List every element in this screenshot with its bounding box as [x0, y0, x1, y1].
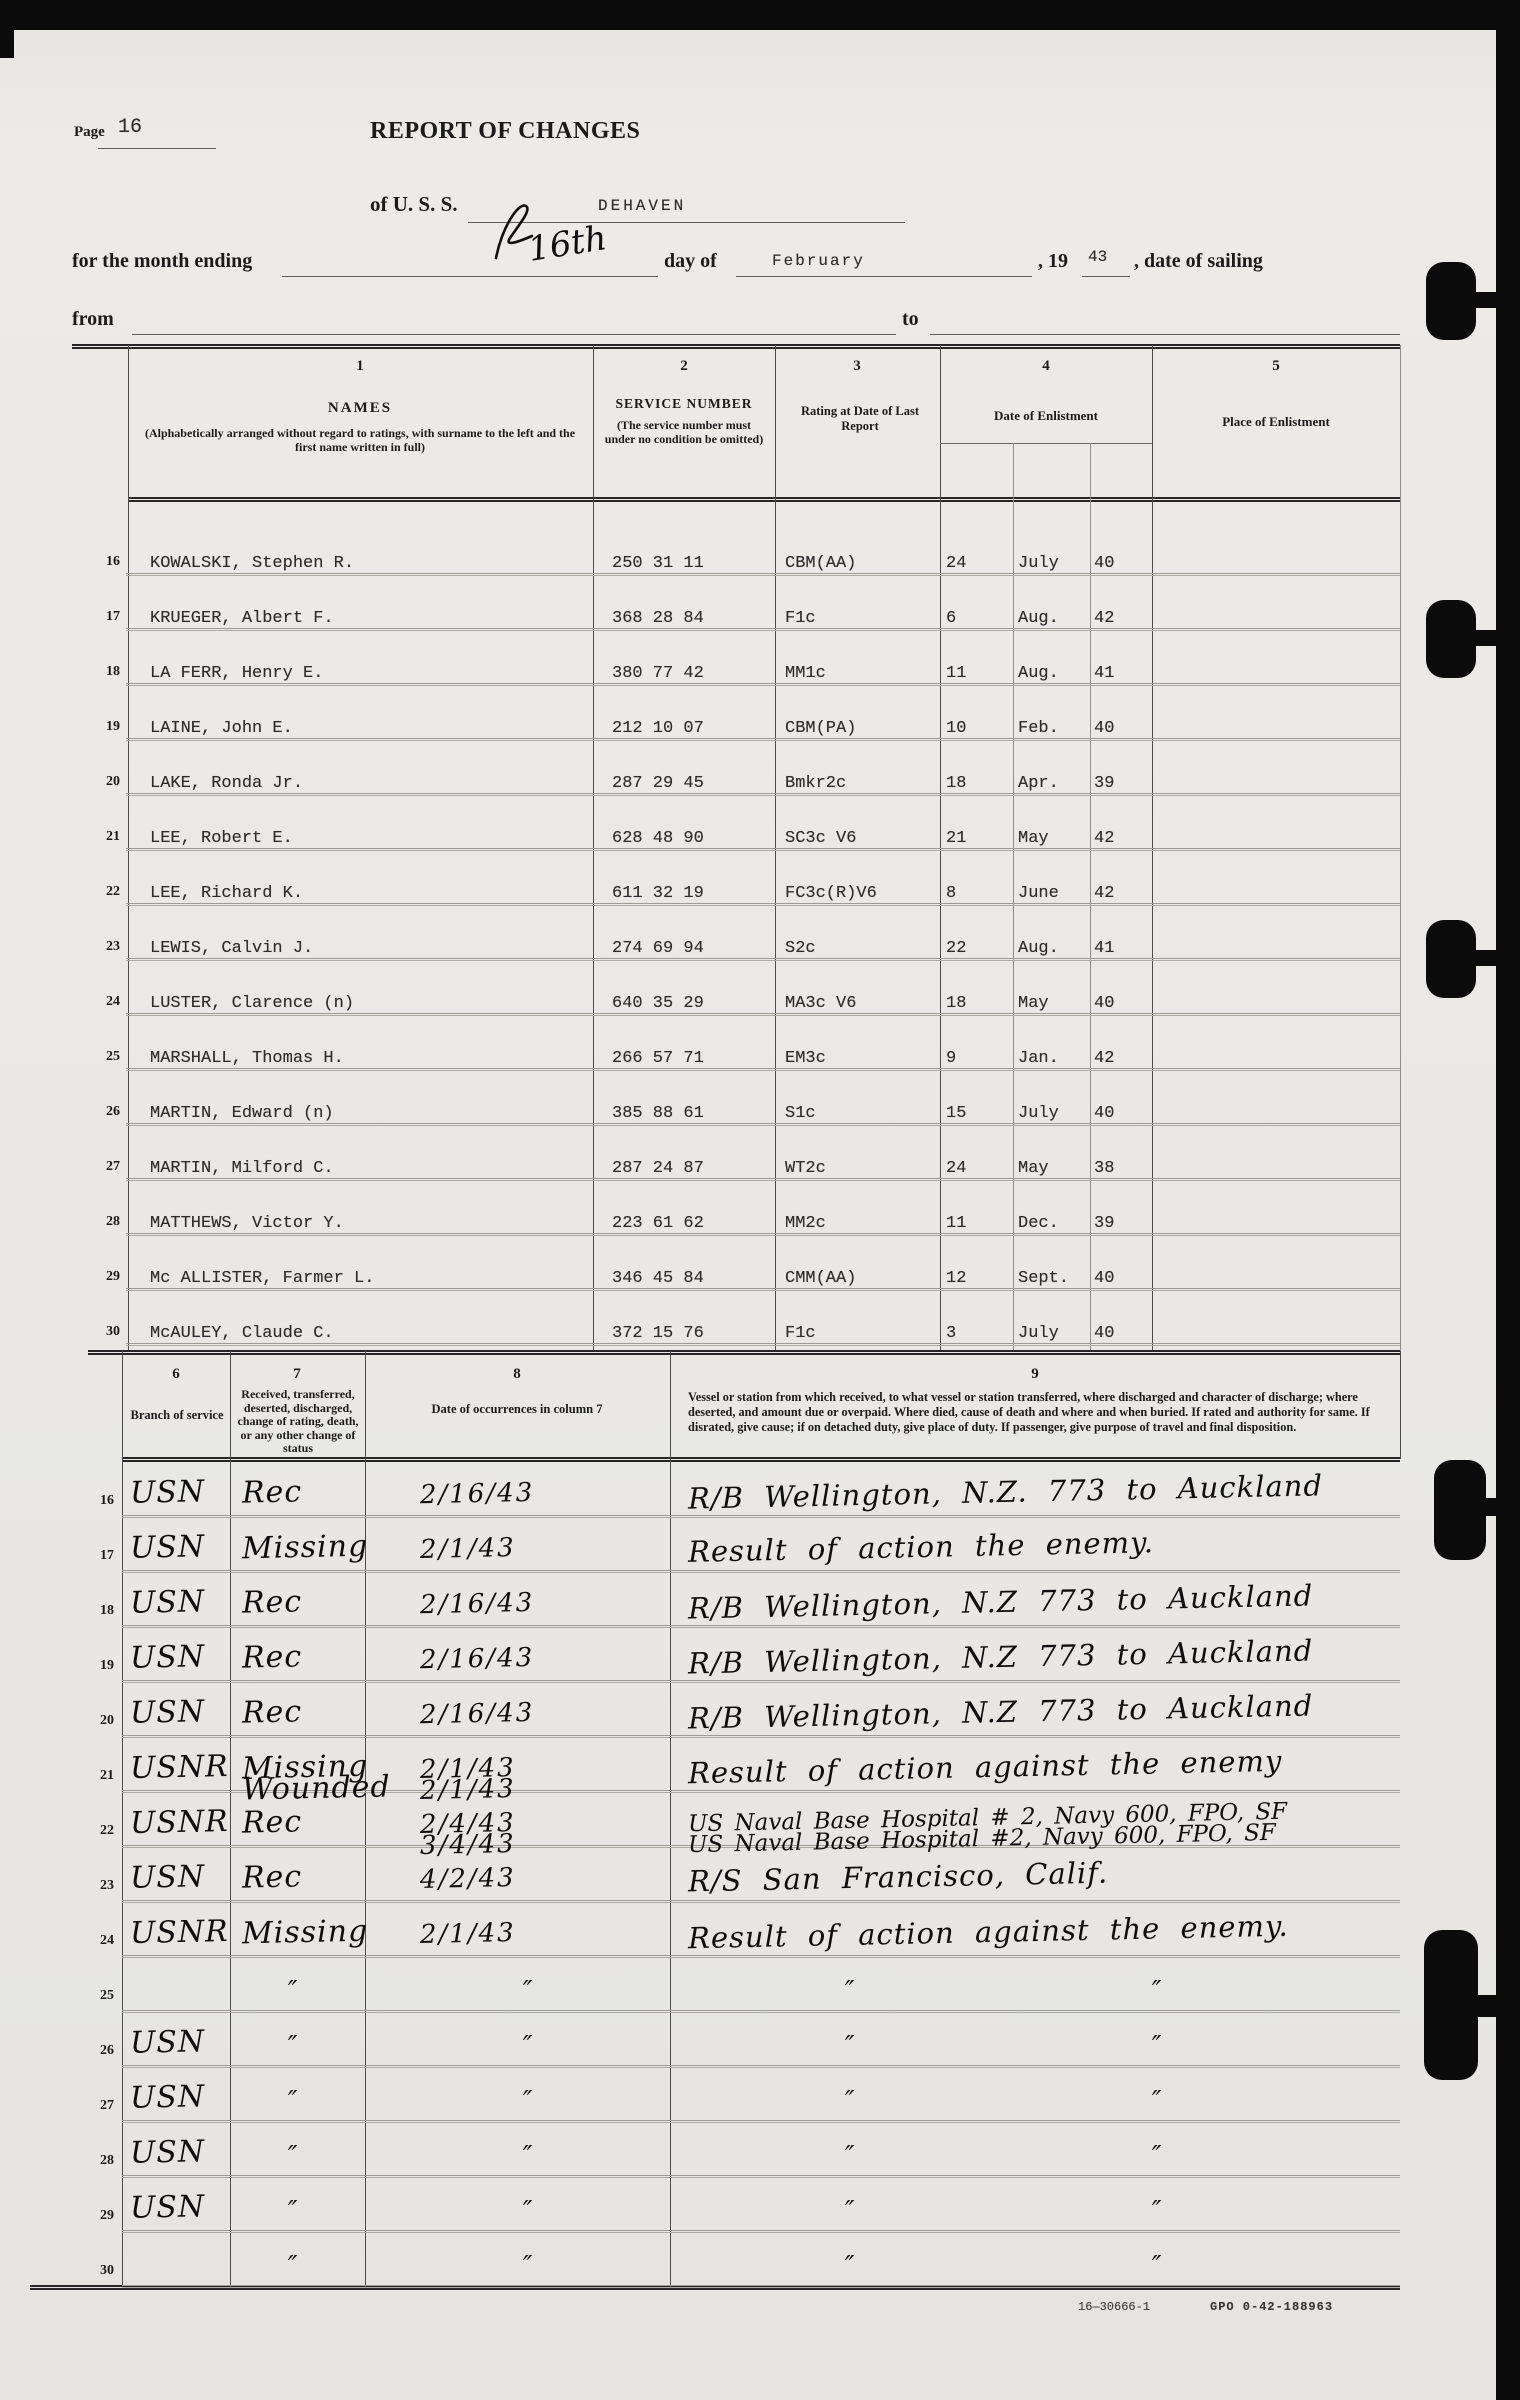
t1-enlist-year: 40 [1094, 994, 1114, 1013]
ditto-mark: ″ [845, 2141, 855, 2171]
t2-col7-title: Received, transferred, deserted, dischar… [233, 1388, 363, 1456]
t1-col5-number: 5 [1266, 358, 1286, 375]
from-label: from [72, 308, 114, 331]
t2-row-rule [122, 1900, 1400, 1903]
t1-rating: S1c [785, 1104, 816, 1123]
t1-enlist-year: 40 [1094, 719, 1114, 738]
table1-header-rule [128, 497, 1400, 502]
t1-name: Mc ALLISTER, Farmer L. [150, 1269, 374, 1288]
table1-date-subdivider [1090, 443, 1091, 1352]
to-blank-line [930, 334, 1400, 335]
t2-col6-title: Branch of service [127, 1408, 227, 1422]
t1-rating: CMM(AA) [785, 1269, 856, 1288]
t1-row-number: 21 [84, 829, 120, 845]
t1-name: KOWALSKI, Stephen R. [150, 554, 354, 573]
t1-enlist-year: 40 [1094, 1104, 1114, 1123]
t1-enlist-month: May [1018, 1159, 1049, 1178]
table1-border [1400, 345, 1401, 1352]
t2-date: 3/4/43 [420, 1829, 516, 1861]
t1-enlist-year: 38 [1094, 1159, 1114, 1178]
t2-col8-title: Date of occurrences in column 7 [417, 1402, 617, 1416]
t1-service-number: 212 10 07 [612, 719, 704, 738]
t2-row-number: 22 [80, 1823, 114, 1839]
t1-col1-number: 1 [350, 358, 370, 375]
t2-detail: Result of action against the enemy. [688, 1909, 1289, 1956]
day-blank-line [282, 276, 658, 277]
t1-row-number: 27 [84, 1159, 120, 1175]
hole-punch-stem [1468, 1995, 1504, 2017]
t1-row-rule [126, 848, 1400, 851]
ditto-mark: ″ [1152, 2141, 1162, 2171]
ditto-mark: ″ [523, 2086, 533, 2116]
t1-enlist-day: 10 [946, 719, 966, 738]
footer-gpo-code: GPO 0-42-188963 [1210, 2300, 1333, 2314]
table2-header-rule [122, 1457, 1400, 1462]
t2-date: 4/2/43 [420, 1863, 516, 1895]
t1-service-number: 274 69 94 [612, 939, 704, 958]
t1-name: MARTIN, Milford C. [150, 1159, 334, 1178]
t2-change: Rec [242, 1474, 303, 1510]
page-label: Page [74, 124, 105, 141]
t1-col1-subtitle: (Alphabetically arranged without regard … [140, 426, 580, 454]
t1-col3-title: Rating at Date of Last Report [787, 404, 933, 434]
t1-service-number: 380 77 42 [612, 664, 704, 683]
t2-branch: USN [130, 1584, 206, 1621]
t1-enlist-month: Aug. [1018, 609, 1059, 628]
t2-change: Wounded [242, 1769, 391, 1807]
ditto-mark: ″ [845, 1976, 855, 2006]
t2-detail: R/B Wellington, N.Z. 773 to Auckland [688, 1468, 1324, 1515]
t1-enlist-year: 39 [1094, 774, 1114, 793]
t1-enlist-day: 6 [946, 609, 956, 628]
t2-row-number: 16 [80, 1493, 114, 1509]
t2-row-rule [122, 2285, 1400, 2288]
t1-enlist-month: May [1018, 829, 1049, 848]
t2-row-rule [122, 2010, 1400, 2013]
t2-change: Rec [242, 1584, 303, 1620]
ditto-mark: ″ [1152, 2031, 1162, 2061]
month-blank-line [736, 276, 1032, 277]
from-blank-line [132, 334, 896, 335]
t1-name: LEE, Richard K. [150, 884, 303, 903]
t2-row-number: 29 [80, 2208, 114, 2224]
t2-detail: Result of action against the enemy [688, 1744, 1283, 1790]
t2-date: 2/16/43 [420, 1478, 535, 1510]
t1-enlist-month: Feb. [1018, 719, 1059, 738]
t2-row-rule [122, 1625, 1400, 1628]
t1-name: LAKE, Ronda Jr. [150, 774, 303, 793]
ditto-mark: ″ [1152, 1976, 1162, 2006]
t2-row-number: 30 [80, 2263, 114, 2279]
t1-service-number: 250 31 11 [612, 554, 704, 573]
t2-detail: R/B Wellington, N.Z 773 to Auckland [688, 1633, 1314, 1680]
t1-enlist-year: 42 [1094, 829, 1114, 848]
t2-detail: Result of action the enemy. [688, 1525, 1155, 1569]
t1-col1-title: NAMES [210, 400, 510, 417]
t2-row-number: 26 [80, 2043, 114, 2059]
ditto-mark: ″ [1152, 2251, 1162, 2281]
t1-row-number: 22 [84, 884, 120, 900]
t1-enlist-year: 40 [1094, 554, 1114, 573]
t2-change: Rec [242, 1694, 303, 1730]
t1-service-number: 266 57 71 [612, 1049, 704, 1068]
ditto-mark: ″ [288, 2196, 298, 2226]
t2-change: Missing [242, 1914, 369, 1952]
t1-enlist-year: 41 [1094, 939, 1114, 958]
table1-top-rule [72, 344, 1400, 349]
t2-row-rule [122, 1570, 1400, 1573]
scan-left-notch [0, 0, 14, 58]
t1-service-number: 346 45 84 [612, 1269, 704, 1288]
ditto-mark: ″ [288, 2031, 298, 2061]
table2-border [122, 1351, 123, 2287]
t2-branch: USN [130, 2189, 206, 2226]
page-number: 16 [118, 116, 142, 139]
t1-row-rule [126, 793, 1400, 796]
doc-title: REPORT OF CHANGES [370, 118, 640, 145]
t2-branch: USN [130, 2079, 206, 2116]
t2-branch: USN [130, 1639, 206, 1676]
hole-punch-stem [1468, 1498, 1504, 1516]
t2-row-number: 28 [80, 2153, 114, 2169]
t1-rating: WT2c [785, 1159, 826, 1178]
t1-name: LAINE, John E. [150, 719, 293, 738]
t2-date: 2/1/43 [420, 1533, 516, 1565]
t1-rating: MM1c [785, 664, 826, 683]
t2-branch: USN [130, 1474, 206, 1511]
t1-enlist-month: Jan. [1018, 1049, 1059, 1068]
hole-punch-stem [1468, 950, 1504, 966]
t1-enlist-year: 42 [1094, 609, 1114, 628]
t2-branch: USNR [130, 1914, 229, 1951]
ditto-mark: ″ [523, 2141, 533, 2171]
t1-name: MARSHALL, Thomas H. [150, 1049, 344, 1068]
t1-row-number: 16 [84, 554, 120, 570]
ditto-mark: ″ [845, 2086, 855, 2116]
t1-enlist-month: May [1018, 994, 1049, 1013]
ditto-mark: ″ [288, 2141, 298, 2171]
t1-name: LEWIS, Calvin J. [150, 939, 313, 958]
t1-rating: MA3c V6 [785, 994, 856, 1013]
t1-rating: FC3c(R)V6 [785, 884, 877, 903]
t2-col9-number: 9 [1025, 1366, 1045, 1383]
t1-rating: S2c [785, 939, 816, 958]
t1-row-rule [126, 683, 1400, 686]
t1-enlist-year: 41 [1094, 664, 1114, 683]
t1-enlist-day: 11 [946, 664, 966, 683]
t2-branch: USNR [130, 1804, 229, 1841]
t1-row-number: 18 [84, 664, 120, 680]
t2-branch: USN [130, 2024, 206, 2061]
t1-row-rule [126, 573, 1400, 576]
t1-row-rule [126, 1123, 1400, 1126]
t1-rating: Bmkr2c [785, 774, 846, 793]
date-of-sailing-label: , date of sailing [1134, 250, 1263, 273]
t2-row-number: 18 [80, 1603, 114, 1619]
t1-row-number: 30 [84, 1324, 120, 1340]
t1-enlist-month: Dec. [1018, 1214, 1059, 1233]
ditto-mark: ″ [288, 1976, 298, 2006]
t1-name: LUSTER, Clarence (n) [150, 994, 354, 1013]
t2-branch: USN [130, 1529, 206, 1566]
ditto-mark: ″ [1152, 2086, 1162, 2116]
t2-row-number: 24 [80, 1933, 114, 1949]
table1-date-subdivider [1013, 443, 1014, 1352]
of-uss-label: of U. S. S. [370, 192, 458, 217]
t1-row-number: 29 [84, 1269, 120, 1285]
t2-change: Rec [242, 1804, 303, 1840]
t1-service-number: 287 29 45 [612, 774, 704, 793]
t2-row-rule [122, 2175, 1400, 2178]
t1-service-number: 385 88 61 [612, 1104, 704, 1123]
t1-rating: EM3c [785, 1049, 826, 1068]
t1-row-rule [126, 628, 1400, 631]
t1-enlist-month: July [1018, 1104, 1059, 1123]
ditto-mark: ″ [845, 2251, 855, 2281]
table2-top-rule [88, 1350, 1400, 1355]
page-number-blank-line [98, 148, 216, 149]
t1-enlist-day: 21 [946, 829, 966, 848]
t1-row-rule [126, 1068, 1400, 1071]
table2-border [230, 1351, 231, 2287]
t1-enlist-year: 40 [1094, 1324, 1114, 1343]
t1-row-number: 26 [84, 1104, 120, 1120]
t2-row-rule [122, 1515, 1400, 1518]
t1-name: KRUEGER, Albert F. [150, 609, 334, 628]
t1-row-rule [126, 958, 1400, 961]
t1-row-rule [126, 1288, 1400, 1291]
t1-col2-number: 2 [674, 358, 694, 375]
t2-col7-number: 7 [287, 1366, 307, 1383]
t1-enlist-year: 42 [1094, 884, 1114, 903]
ditto-mark: ″ [523, 2251, 533, 2281]
to-label: to [902, 308, 919, 331]
t1-name: LEE, Robert E. [150, 829, 293, 848]
t1-enlist-month: Aug. [1018, 664, 1059, 683]
t1-name: LA FERR, Henry E. [150, 664, 323, 683]
t1-enlist-day: 18 [946, 994, 966, 1013]
table2-border [365, 1351, 366, 2287]
ship-name: DEHAVEN [598, 197, 686, 215]
scan-top-edge [0, 0, 1520, 30]
ditto-mark: ″ [1152, 2196, 1162, 2226]
year-typed-value: 43 [1088, 248, 1107, 266]
t1-rating: SC3c V6 [785, 829, 856, 848]
t1-rating: MM2c [785, 1214, 826, 1233]
scan-right-edge [1496, 0, 1520, 2400]
t1-rating: CBM(AA) [785, 554, 856, 573]
hole-punch-stem [1468, 630, 1504, 646]
t1-col2-subtitle: (The service number must under no condit… [601, 418, 767, 446]
scanned-document-page: Page 16 REPORT OF CHANGES of U. S. S. DE… [0, 0, 1520, 2400]
t1-rating: CBM(PA) [785, 719, 856, 738]
year-blank-line [1082, 276, 1130, 277]
t1-enlist-day: 8 [946, 884, 956, 903]
t1-enlist-year: 40 [1094, 1269, 1114, 1288]
t1-enlist-day: 15 [946, 1104, 966, 1123]
t2-branch: USN [130, 1859, 206, 1896]
table2-border [1400, 1351, 1401, 1459]
t2-branch: USNR [130, 1749, 229, 1786]
t2-row-number: 27 [80, 2098, 114, 2114]
t1-enlist-month: Aug. [1018, 939, 1059, 958]
t1-service-number: 368 28 84 [612, 609, 704, 628]
table1-date-subrule [940, 443, 1152, 444]
t2-row-rule [122, 1955, 1400, 1958]
t1-row-number: 17 [84, 609, 120, 625]
month-ending-label: for the month ending [72, 250, 252, 273]
t2-col6-number: 6 [166, 1366, 186, 1383]
t1-row-number: 19 [84, 719, 120, 735]
t1-name: MARTIN, Edward (n) [150, 1104, 334, 1123]
t1-row-rule [126, 738, 1400, 741]
t2-detail: R/S San Francisco, Calif. [688, 1856, 1109, 1899]
t1-row-number: 25 [84, 1049, 120, 1065]
t2-row-rule [122, 2065, 1400, 2068]
t2-change: Rec [242, 1639, 303, 1675]
t1-name: MATTHEWS, Victor Y. [150, 1214, 344, 1233]
t1-row-rule [126, 1343, 1400, 1346]
t1-enlist-day: 3 [946, 1324, 956, 1343]
t1-col4-title: Date of Enlistment [950, 408, 1142, 424]
t1-rating: F1c [785, 609, 816, 628]
ditto-mark: ″ [523, 2196, 533, 2226]
t1-service-number: 223 61 62 [612, 1214, 704, 1233]
t2-row-number: 20 [80, 1713, 114, 1729]
t1-col4-number: 4 [1036, 358, 1056, 375]
t2-detail: R/B Wellington, N.Z 773 to Auckland [688, 1688, 1314, 1735]
t1-enlist-month: Sept. [1018, 1269, 1069, 1288]
t1-enlist-day: 24 [946, 1159, 966, 1178]
table2-border [670, 1351, 671, 2287]
t1-enlist-month: July [1018, 554, 1059, 573]
t1-row-number: 20 [84, 774, 120, 790]
t2-change: Rec [242, 1859, 303, 1895]
t1-enlist-year: 42 [1094, 1049, 1114, 1068]
ditto-mark: ″ [523, 1976, 533, 2006]
t1-enlist-day: 18 [946, 774, 966, 793]
t1-enlist-year: 39 [1094, 1214, 1114, 1233]
t1-row-rule [126, 1013, 1400, 1016]
t1-enlist-day: 24 [946, 554, 966, 573]
t1-row-number: 28 [84, 1214, 120, 1230]
t2-col9-title: Vessel or station from which received, t… [688, 1390, 1394, 1436]
t2-row-number: 21 [80, 1768, 114, 1784]
t2-date: 2/16/43 [420, 1588, 535, 1620]
t2-row-number: 25 [80, 1988, 114, 2004]
t2-branch: USN [130, 2134, 206, 2171]
t1-enlist-day: 12 [946, 1269, 966, 1288]
t1-row-rule [126, 903, 1400, 906]
t2-detail: R/B Wellington, N.Z 773 to Auckland [688, 1578, 1314, 1625]
t1-enlist-month: June [1018, 884, 1059, 903]
t1-row-rule [126, 1233, 1400, 1236]
ditto-mark: ″ [845, 2031, 855, 2061]
t1-service-number: 372 15 76 [612, 1324, 704, 1343]
t1-row-number: 23 [84, 939, 120, 955]
t2-row-number: 23 [80, 1878, 114, 1894]
month-typed-value: February [772, 252, 865, 270]
year-label: , 19 [1038, 250, 1068, 273]
day-of-label: day of [664, 250, 717, 273]
t1-col3-number: 3 [847, 358, 867, 375]
t2-col8-number: 8 [507, 1366, 527, 1383]
t1-service-number: 640 35 29 [612, 994, 704, 1013]
t2-row-number: 19 [80, 1658, 114, 1674]
t2-date: 2/16/43 [420, 1698, 535, 1730]
ditto-mark: ″ [523, 2031, 533, 2061]
t1-service-number: 611 32 19 [612, 884, 704, 903]
t1-col2-title: SERVICE NUMBER [596, 396, 772, 412]
t1-rating: F1c [785, 1324, 816, 1343]
hole-punch-stem [1468, 292, 1504, 308]
t1-service-number: 287 24 87 [612, 1159, 704, 1178]
t1-col5-title: Place of Enlistment [1166, 414, 1386, 430]
ditto-mark: ″ [288, 2251, 298, 2281]
t2-date: 2/1/43 [420, 1918, 516, 1950]
t2-row-number: 17 [80, 1548, 114, 1564]
t2-row-rule [122, 1680, 1400, 1683]
t1-service-number: 628 48 90 [612, 829, 704, 848]
t1-enlist-month: Apr. [1018, 774, 1059, 793]
t2-date: 2/1/43 [420, 1774, 516, 1806]
t1-enlist-month: July [1018, 1324, 1059, 1343]
t1-enlist-day: 22 [946, 939, 966, 958]
ditto-mark: ″ [288, 2086, 298, 2116]
t2-row-rule [122, 2230, 1400, 2233]
t2-date: 2/16/43 [420, 1643, 535, 1675]
t2-change: Missing [242, 1529, 369, 1567]
t1-row-number: 24 [84, 994, 120, 1010]
ditto-mark: ″ [845, 2196, 855, 2226]
t1-enlist-day: 9 [946, 1049, 956, 1068]
footer-print-code: 16—30666-1 [1078, 2300, 1150, 2314]
t2-branch: USN [130, 1694, 206, 1731]
t1-row-rule [126, 1178, 1400, 1181]
t2-row-rule [122, 1735, 1400, 1738]
t2-row-rule [122, 2120, 1400, 2123]
t1-enlist-day: 11 [946, 1214, 966, 1233]
t1-name: McAULEY, Claude C. [150, 1324, 334, 1343]
